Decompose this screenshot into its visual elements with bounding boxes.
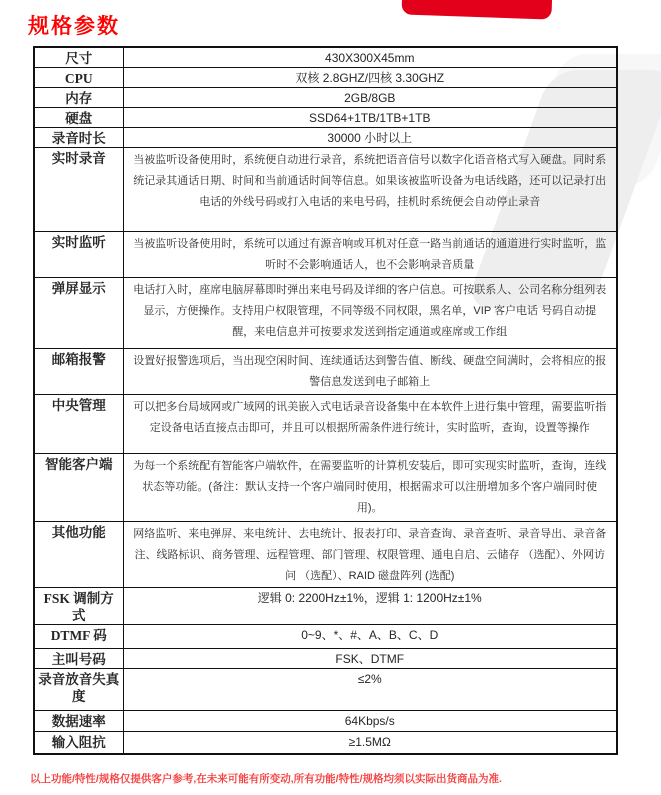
spec-label: 主叫号码: [34, 649, 123, 669]
table-row: 内存2GB/8GB: [34, 88, 617, 108]
table-row: 弹屏显示电话打入时，座席电脑屏幕即时弹出来电号码及详细的客户信息。可按联系人、公…: [34, 278, 617, 349]
spec-value: 电话打入时，座席电脑屏幕即时弹出来电号码及详细的客户信息。可按联系人、公司名称分…: [123, 278, 617, 349]
spec-label: 其他功能: [34, 522, 123, 588]
table-row: 硬盘SSD64+1TB/1TB+1TB: [34, 108, 617, 128]
spec-label: CPU: [34, 68, 123, 88]
disclaimer-text: 以上功能/特性/规格仅提供客户参考,在未来可能有所变动,所有功能/特性/规格均须…: [30, 772, 630, 786]
spec-value: 64Kbps/s: [123, 711, 617, 732]
spec-value: 30000 小时以上: [123, 128, 617, 148]
spec-value: 430X300X45mm: [123, 47, 617, 68]
spec-value: 可以把多台局域网或广域网的讯美嵌入式电话录音设备集中在本软件上进行集中管理，需要…: [123, 395, 617, 454]
spec-label: 内存: [34, 88, 123, 108]
spec-value: 2GB/8GB: [123, 88, 617, 108]
spec-value: 网络监听、来电弹屏、来电统计、去电统计、报表打印、录音查询、录音查听、录音导出、…: [123, 522, 617, 588]
spec-label: 数据速率: [34, 711, 123, 732]
spec-label: 录音放音失真度: [34, 669, 123, 711]
table-row: 智能客户端为每一个系统配有智能客户端软件，在需要监听的计算机安装后，即可实现实时…: [34, 454, 617, 522]
spec-table: 尺寸430X300X45mmCPU双核 2.8GHZ/四核 3.30GHZ内存2…: [33, 46, 618, 755]
spec-label: 邮箱报警: [34, 349, 123, 395]
table-row: 实时监听当被监听设备使用时，系统可以通过有源音响或耳机对任意一路当前通话的通道进…: [34, 232, 617, 278]
spec-value: 设置好报警选项后，当出现空闲时间、连续通话达到警告值、断线、硬盘空间满时，会将相…: [123, 349, 617, 395]
table-row: 其他功能网络监听、来电弹屏、来电统计、去电统计、报表打印、录音查询、录音查听、录…: [34, 522, 617, 588]
spec-value: FSK、DTMF: [123, 649, 617, 669]
table-row: 中央管理可以把多台局域网或广域网的讯美嵌入式电话录音设备集中在本软件上进行集中管…: [34, 395, 617, 454]
spec-value: 为每一个系统配有智能客户端软件，在需要监听的计算机安装后，即可实现实时监听，查询…: [123, 454, 617, 522]
spec-value: SSD64+1TB/1TB+1TB: [123, 108, 617, 128]
table-row: CPU双核 2.8GHZ/四核 3.30GHZ: [34, 68, 617, 88]
spec-label: 智能客户端: [34, 454, 123, 522]
table-row: 输入阻抗≥1.5MΩ: [34, 732, 617, 754]
table-row: 主叫号码FSK、DTMF: [34, 649, 617, 669]
spec-value: 双核 2.8GHZ/四核 3.30GHZ: [123, 68, 617, 88]
spec-label: 输入阻抗: [34, 732, 123, 754]
table-row: 邮箱报警设置好报警选项后，当出现空闲时间、连续通话达到警告值、断线、硬盘空间满时…: [34, 349, 617, 395]
spec-label: 尺寸: [34, 47, 123, 68]
table-row: 录音放音失真度≤2%: [34, 669, 617, 711]
spec-label: 实时录音: [34, 148, 123, 232]
spec-value: ≥1.5MΩ: [123, 732, 617, 754]
spec-sheet-page: 规格参数 尺寸430X300X45mmCPU双核 2.8GHZ/四核 3.30G…: [0, 0, 661, 795]
spec-label: 硬盘: [34, 108, 123, 128]
table-row: FSK 调制方式逻辑 0: 2200Hz±1%，逻辑 1: 1200Hz±1%: [34, 588, 617, 625]
table-row: 尺寸430X300X45mm: [34, 47, 617, 68]
table-row: 数据速率64Kbps/s: [34, 711, 617, 732]
red-ribbon-shape: [401, 0, 552, 20]
spec-label: FSK 调制方式: [34, 588, 123, 625]
spec-table-body: 尺寸430X300X45mmCPU双核 2.8GHZ/四核 3.30GHZ内存2…: [34, 47, 617, 754]
spec-value: 0~9、*、#、A、B、C、D: [123, 625, 617, 649]
spec-value: ≤2%: [123, 669, 617, 711]
spec-label: 中央管理: [34, 395, 123, 454]
spec-value: 当被监听设备使用时，系统便自动进行录音，系统把语音信号以数字化语音格式写入硬盘。…: [123, 148, 617, 232]
spec-value: 当被监听设备使用时，系统可以通过有源音响或耳机对任意一路当前通话的通道进行实时监…: [123, 232, 617, 278]
spec-label: 实时监听: [34, 232, 123, 278]
table-row: 实时录音当被监听设备使用时，系统便自动进行录音，系统把语音信号以数字化语音格式写…: [34, 148, 617, 232]
spec-value: 逻辑 0: 2200Hz±1%，逻辑 1: 1200Hz±1%: [123, 588, 617, 625]
section-title: 规格参数: [28, 10, 120, 40]
spec-label: DTMF 码: [34, 625, 123, 649]
spec-label: 弹屏显示: [34, 278, 123, 349]
spec-label: 录音时长: [34, 128, 123, 148]
table-row: 录音时长30000 小时以上: [34, 128, 617, 148]
table-row: DTMF 码0~9、*、#、A、B、C、D: [34, 625, 617, 649]
